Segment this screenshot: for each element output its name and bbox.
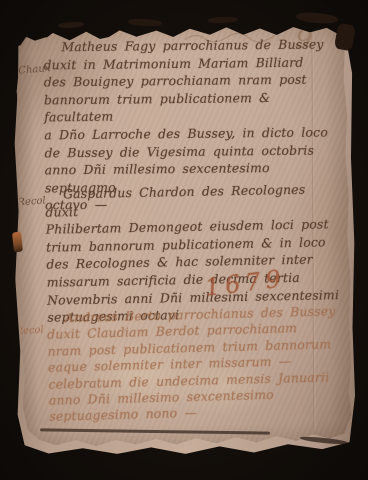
manuscript-page: 9 Chaux Matheus Fagy parrochianus de Bus… xyxy=(13,23,354,448)
text-line: des Bouigney parrochianam nram post xyxy=(44,70,342,91)
torn-edge-spot xyxy=(58,21,84,29)
edge-damage-spot xyxy=(12,232,23,253)
register-entry-3: Andreas Berto parrochianus des Busseydux… xyxy=(47,303,348,426)
text-line: bannorum trium publicationem & facultate… xyxy=(44,88,342,126)
margin-note-entry-2: Recol xyxy=(17,195,46,208)
torn-edge-spot xyxy=(208,16,238,23)
scanned-manuscript-photo: { "document": { "folio_mark": "9", "year… xyxy=(0,0,368,480)
text-line: de Bussey die Vigesima quinta octobris xyxy=(44,141,342,162)
torn-edge-spot xyxy=(128,18,162,27)
torn-edge-spot xyxy=(334,23,356,52)
text-line: Gaspardus Chardon des Recolognes duxit xyxy=(45,180,344,221)
torn-edge-spot xyxy=(296,11,339,25)
